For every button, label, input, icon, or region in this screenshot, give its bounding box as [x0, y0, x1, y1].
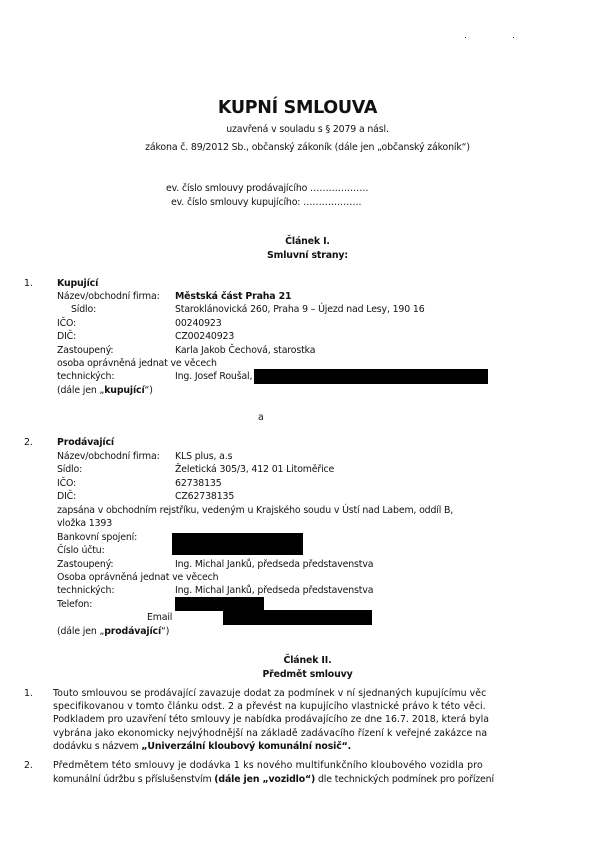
- buyer-name-value: Městská část Praha 21: [175, 291, 291, 303]
- item-line-last: komunální údržbu s příslušenstvím (dále …: [53, 774, 494, 786]
- text: dle technických podmínek pro pořízení: [315, 774, 494, 785]
- alias-prefix: (dále jen „: [57, 626, 104, 637]
- document-subtitle-2: zákona č. 89/2012 Sb., občanský zákoník …: [10, 142, 595, 154]
- vehicle-alias: (dále jen „vozidlo“): [214, 774, 315, 785]
- scan-mark: [465, 37, 466, 38]
- item-line: specifikovanou v tomto článku odst. 2 a …: [53, 701, 486, 713]
- buyer-role: Kupující: [57, 278, 98, 290]
- alias-suffix: “): [161, 626, 169, 637]
- contract-name: „Univerzální kloubový komunální nosič“.: [141, 741, 351, 752]
- buyer-ico-value: 00240923: [175, 318, 222, 330]
- buyer-representative-value: Karla Jakob Čechová, starostka: [175, 345, 315, 357]
- seller-phone-label: Telefon:: [57, 599, 92, 611]
- document-subtitle-1: uzavřená v souladu s § 2079 a násl.: [10, 124, 595, 136]
- seller-dic-value: CZ62738135: [175, 491, 234, 503]
- buyer-alias: (dále jen „kupující“): [57, 385, 153, 397]
- article-2-heading: Článek II.: [10, 655, 595, 667]
- buyer-dic-value: CZ00240923: [175, 331, 234, 343]
- alias-suffix: “): [145, 385, 153, 396]
- seller-representative-label: Zastoupený:: [57, 559, 113, 571]
- seller-dic-label: DIČ:: [57, 491, 76, 503]
- item-line-last: dodávku s názvem „Univerzální kloubový k…: [53, 741, 351, 753]
- buyer-technical-label: technických:: [57, 371, 114, 383]
- buyer-ico-label: IČO:: [57, 318, 76, 330]
- text: dodávku s názvem: [53, 741, 141, 752]
- item-number: 2.: [24, 760, 33, 772]
- seller-technical-person-label: Osoba oprávněná jednat ve věcech: [57, 572, 218, 584]
- article-1-subheading: Smluvní strany:: [10, 250, 595, 262]
- item-line: Podkladem pro uzavření této smlouvy je n…: [53, 714, 489, 726]
- text: komunální údržbu s příslušenstvím: [53, 774, 214, 785]
- seller-number: 2.: [24, 437, 33, 449]
- seller-contract-number: ev. číslo smlouvy prodávajícího ……………….: [166, 183, 368, 195]
- document-title: KUPNÍ SMLOUVA: [0, 97, 595, 119]
- seller-ico-value: 62738135: [175, 478, 222, 490]
- item-line: Předmětem této smlouvy je dodávka 1 ks n…: [53, 760, 483, 772]
- buyer-seat-label: Sídlo:: [71, 304, 96, 316]
- alias-term: prodávající: [104, 626, 161, 637]
- buyer-representative-label: Zastoupený:: [57, 345, 113, 357]
- seller-account-label: Číslo účtu:: [57, 545, 105, 557]
- scan-mark: [513, 37, 514, 38]
- seller-alias: (dále jen „prodávající“): [57, 626, 169, 638]
- seller-bank-label: Bankovní spojení:: [57, 532, 137, 544]
- seller-name-label: Název/obchodní firma:: [57, 451, 160, 463]
- buyer-contract-number: ev. číslo smlouvy kupujícího: ……………….: [171, 197, 361, 209]
- alias-term: kupující: [104, 385, 144, 396]
- buyer-technical-person-label: osoba oprávněná jednat ve věcech: [57, 358, 217, 370]
- article-2-subheading: Předmět smlouvy: [10, 669, 595, 681]
- alias-prefix: (dále jen „: [57, 385, 104, 396]
- buyer-number: 1.: [24, 278, 33, 290]
- seller-registry-line-1: zapsána v obchodním rejstříku, vedeným u…: [57, 505, 453, 517]
- seller-representative-value: Ing. Michal Janků, předseda představenst…: [175, 559, 373, 571]
- redacted-buyer-contact: [254, 369, 488, 384]
- buyer-seat-value: Staroklánovická 260, Praha 9 – Újezd nad…: [175, 304, 425, 316]
- redacted-phone: [175, 597, 264, 611]
- redacted-bank-details: [172, 533, 303, 555]
- seller-email-label: Email: [147, 612, 172, 624]
- buyer-name-label: Název/obchodní firma:: [57, 291, 160, 303]
- item-number: 1.: [24, 688, 33, 700]
- redacted-email: [223, 610, 372, 625]
- seller-role: Prodávající: [57, 437, 114, 449]
- buyer-technical-value: Ing. Josef Roušal,: [175, 371, 252, 383]
- seller-seat-value: Želetická 305/3, 412 01 Litoměřice: [175, 464, 334, 476]
- buyer-dic-label: DIČ:: [57, 331, 76, 343]
- item-line: vybrána jako ekonomicky nejvýhodnější na…: [53, 728, 487, 740]
- seller-name-value: KLS plus, a.s: [175, 451, 232, 463]
- seller-ico-label: IČO:: [57, 478, 76, 490]
- article-1-heading: Článek I.: [10, 236, 595, 248]
- seller-registry-line-2: vložka 1393: [57, 518, 112, 530]
- seller-seat-label: Sídlo:: [57, 464, 82, 476]
- seller-technical-value: Ing. Michal Janků, předseda představenst…: [175, 585, 373, 597]
- seller-technical-label: technických:: [57, 585, 114, 597]
- item-line: Touto smlouvou se prodávající zavazuje d…: [53, 688, 486, 700]
- conjunction: a: [258, 412, 264, 424]
